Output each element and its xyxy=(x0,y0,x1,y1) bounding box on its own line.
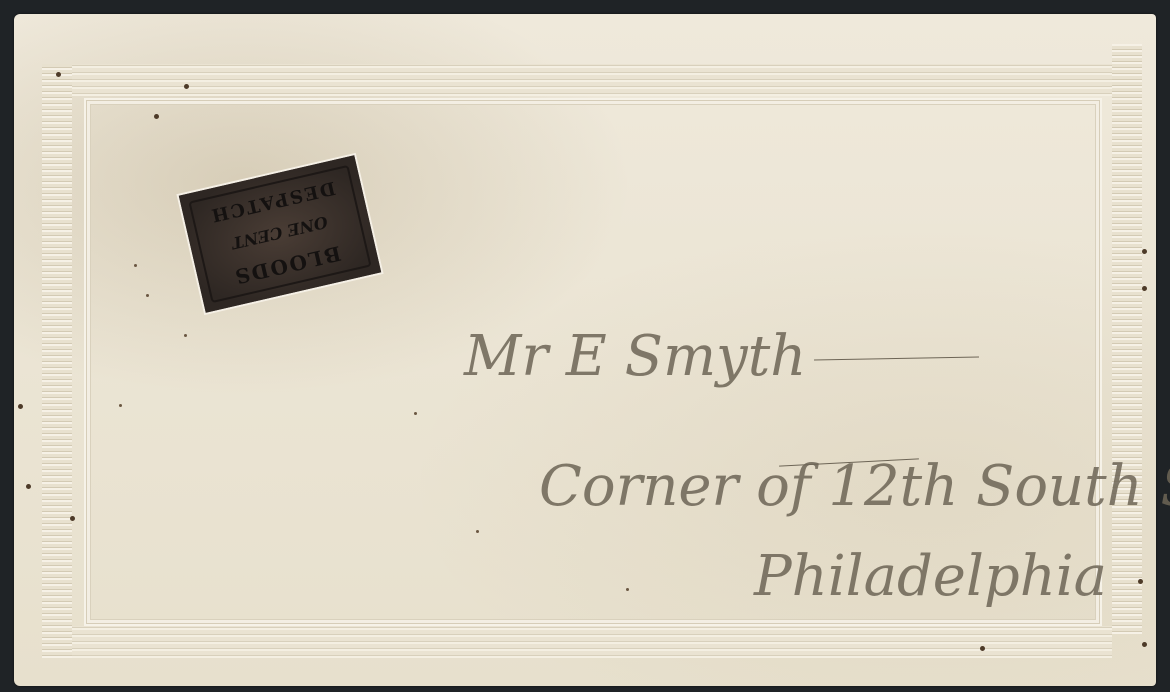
foxing-spot xyxy=(18,404,23,409)
foxing-spot xyxy=(414,412,417,415)
foxing-spot xyxy=(134,264,137,267)
address-recipient: Mr E Smyth xyxy=(464,324,806,389)
emboss-border-left xyxy=(42,64,72,658)
address-street: Corner of 12th South St xyxy=(539,454,1170,519)
foxing-spot xyxy=(980,646,985,651)
foxing-spot xyxy=(1138,579,1143,584)
foxing-spot xyxy=(70,516,75,521)
foxing-spot xyxy=(56,72,61,77)
foxing-spot xyxy=(119,404,122,407)
foxing-spot xyxy=(1142,642,1147,647)
foxing-spot xyxy=(184,84,189,89)
foxing-spot xyxy=(184,334,187,337)
envelope: BLOODS ONE CENT DESPATCH Mr E Smyth Corn… xyxy=(14,14,1156,686)
foxing-spot xyxy=(146,294,149,297)
foxing-spot xyxy=(26,484,31,489)
emboss-border-bottom xyxy=(58,626,1112,658)
emboss-border-right xyxy=(1112,44,1142,634)
foxing-spot xyxy=(626,588,629,591)
foxing-spot xyxy=(154,114,159,119)
emboss-border-top xyxy=(58,64,1112,96)
foxing-spot xyxy=(1142,249,1147,254)
address-city: Philadelphia xyxy=(754,544,1107,609)
foxing-spot xyxy=(476,530,479,533)
foxing-spot xyxy=(1142,286,1147,291)
